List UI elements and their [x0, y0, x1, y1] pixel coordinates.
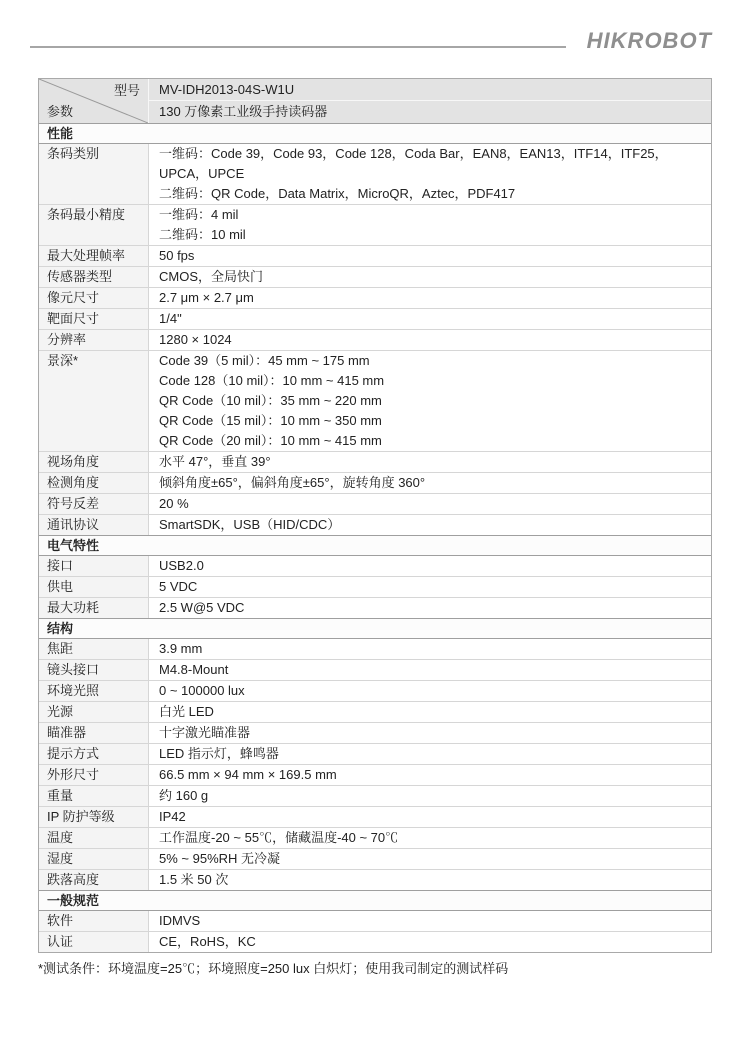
spec-row: 像元尺寸2.7 μm × 2.7 μm	[39, 288, 711, 309]
value-line: IP42	[159, 807, 701, 827]
row-value: 0 ~ 100000 lux	[149, 681, 711, 701]
model-label: 型号	[114, 81, 140, 100]
row-label: 符号反差	[39, 494, 149, 514]
value-line: 5 VDC	[159, 577, 701, 597]
spec-row: 认证CE，RoHS，KC	[39, 932, 711, 952]
spec-row: 条码类别一维码：Code 39，Code 93，Code 128，Coda Ba…	[39, 144, 711, 205]
value-line: 一维码：Code 39，Code 93，Code 128，Coda Bar，EA…	[159, 144, 701, 164]
row-value: USB2.0	[149, 556, 711, 576]
value-line: 1/4"	[159, 309, 701, 329]
description-value: 130 万像素工业级手持读码器	[149, 101, 711, 123]
spec-row: 湿度5% ~ 95%RH 无冷凝	[39, 849, 711, 870]
value-line: M4.8-Mount	[159, 660, 701, 680]
value-line: 二维码：QR Code，Data Matrix，MicroQR，Aztec，PD…	[159, 184, 701, 204]
value-line: IDMVS	[159, 911, 701, 931]
row-value: 倾斜角度±65°，偏斜角度±65°，旋转角度 360°	[149, 473, 711, 493]
spec-row: 条码最小精度一维码：4 mil二维码：10 mil	[39, 205, 711, 246]
row-value: 1.5 米 50 次	[149, 870, 711, 890]
row-value: SmartSDK，USB（HID/CDC）	[149, 515, 711, 535]
row-label: 接口	[39, 556, 149, 576]
row-value: 工作温度-20 ~ 55℃，储藏温度-40 ~ 70℃	[149, 828, 711, 848]
spec-row: 符号反差20 %	[39, 494, 711, 515]
spec-row: 温度工作温度-20 ~ 55℃，储藏温度-40 ~ 70℃	[39, 828, 711, 849]
section-title: 一般规范	[39, 890, 711, 911]
spec-row: 瞄准器十字激光瞄准器	[39, 723, 711, 744]
row-label: 软件	[39, 911, 149, 931]
header-values: MV-IDH2013-04S-W1U 130 万像素工业级手持读码器	[149, 79, 711, 123]
spec-row: 焦距3.9 mm	[39, 639, 711, 660]
row-value: 一维码：Code 39，Code 93，Code 128，Coda Bar，EA…	[149, 144, 711, 204]
value-line: 1280 × 1024	[159, 330, 701, 350]
row-label: 环境光照	[39, 681, 149, 701]
value-line: 5% ~ 95%RH 无冷凝	[159, 849, 701, 869]
spec-row: 供电5 VDC	[39, 577, 711, 598]
row-label: 认证	[39, 932, 149, 952]
value-line: QR Code（10 mil）：35 mm ~ 220 mm	[159, 391, 701, 411]
footnote: *测试条件：环境温度=25℃；环境照度=250 lux 白炽灯；使用我司制定的测…	[38, 960, 712, 978]
row-value: 2.5 W@5 VDC	[149, 598, 711, 618]
row-label: 光源	[39, 702, 149, 722]
row-value: 20 %	[149, 494, 711, 514]
value-line: 水平 47°，垂直 39°	[159, 452, 701, 472]
value-line: 白光 LED	[159, 702, 701, 722]
row-value: IP42	[149, 807, 711, 827]
value-line: 1.5 米 50 次	[159, 870, 701, 890]
row-label: 视场角度	[39, 452, 149, 472]
row-value: Code 39（5 mil）：45 mm ~ 175 mmCode 128（10…	[149, 351, 711, 451]
value-line: 3.9 mm	[159, 639, 701, 659]
datasheet-page: HIKROBOT 型号 参数 MV-IDH2013-04S-W1U 130 万像…	[0, 0, 750, 1055]
row-label: IP 防护等级	[39, 807, 149, 827]
hikrobot-logo: HIKROBOT	[587, 28, 712, 54]
spec-sections: 性能条码类别一维码：Code 39，Code 93，Code 128，Coda …	[39, 123, 711, 952]
row-label: 景深*	[39, 351, 149, 451]
spec-row: 光源白光 LED	[39, 702, 711, 723]
row-value: 一维码：4 mil二维码：10 mil	[149, 205, 711, 245]
value-line: 一维码：4 mil	[159, 205, 701, 225]
row-label: 通讯协议	[39, 515, 149, 535]
row-label: 像元尺寸	[39, 288, 149, 308]
value-line: 50 fps	[159, 246, 701, 266]
row-label: 重量	[39, 786, 149, 806]
spec-row: 外形尺寸66.5 mm × 94 mm × 169.5 mm	[39, 765, 711, 786]
row-value: CMOS，全局快门	[149, 267, 711, 287]
spec-row: 最大处理帧率50 fps	[39, 246, 711, 267]
row-value: 2.7 μm × 2.7 μm	[149, 288, 711, 308]
page-header: HIKROBOT	[0, 0, 750, 78]
row-value: LED 指示灯，蜂鸣器	[149, 744, 711, 764]
row-label: 供电	[39, 577, 149, 597]
spec-row: IP 防护等级IP42	[39, 807, 711, 828]
spec-row: 重量约 160 g	[39, 786, 711, 807]
value-line: CE，RoHS，KC	[159, 932, 701, 952]
row-label: 最大功耗	[39, 598, 149, 618]
row-label: 传感器类型	[39, 267, 149, 287]
value-line: 工作温度-20 ~ 55℃，储藏温度-40 ~ 70℃	[159, 828, 701, 848]
value-line: 二维码：10 mil	[159, 225, 701, 245]
spec-row: 提示方式LED 指示灯，蜂鸣器	[39, 744, 711, 765]
spec-row: 分辨率1280 × 1024	[39, 330, 711, 351]
row-value: 3.9 mm	[149, 639, 711, 659]
row-value: IDMVS	[149, 911, 711, 931]
row-label: 靶面尺寸	[39, 309, 149, 329]
row-label: 检测角度	[39, 473, 149, 493]
value-line: 倾斜角度±65°，偏斜角度±65°，旋转角度 360°	[159, 473, 701, 493]
value-line: 66.5 mm × 94 mm × 169.5 mm	[159, 765, 701, 785]
param-label: 参数	[47, 102, 73, 121]
row-value: 5 VDC	[149, 577, 711, 597]
row-value: 水平 47°，垂直 39°	[149, 452, 711, 472]
row-label: 焦距	[39, 639, 149, 659]
value-line: Code 128（10 mil）：10 mm ~ 415 mm	[159, 371, 701, 391]
row-label: 温度	[39, 828, 149, 848]
row-label: 镜头接口	[39, 660, 149, 680]
value-line: QR Code（15 mil）：10 mm ~ 350 mm	[159, 411, 701, 431]
spec-row: 景深*Code 39（5 mil）：45 mm ~ 175 mmCode 128…	[39, 351, 711, 452]
section-title: 电气特性	[39, 535, 711, 556]
spec-row: 检测角度倾斜角度±65°，偏斜角度±65°，旋转角度 360°	[39, 473, 711, 494]
spec-row: 视场角度水平 47°，垂直 39°	[39, 452, 711, 473]
row-label: 提示方式	[39, 744, 149, 764]
row-value: 白光 LED	[149, 702, 711, 722]
row-value: 约 160 g	[149, 786, 711, 806]
value-line: 20 %	[159, 494, 701, 514]
spec-row: 靶面尺寸1/4"	[39, 309, 711, 330]
value-line: LED 指示灯，蜂鸣器	[159, 744, 701, 764]
row-value: 1/4"	[149, 309, 711, 329]
spec-row: 最大功耗2.5 W@5 VDC	[39, 598, 711, 619]
spec-row: 传感器类型CMOS，全局快门	[39, 267, 711, 288]
spec-row: 通讯协议SmartSDK，USB（HID/CDC）	[39, 515, 711, 536]
row-label: 条码最小精度	[39, 205, 149, 245]
row-value: 5% ~ 95%RH 无冷凝	[149, 849, 711, 869]
row-label: 外形尺寸	[39, 765, 149, 785]
value-line: 十字激光瞄准器	[159, 723, 701, 743]
row-value: 50 fps	[149, 246, 711, 266]
spec-row: 跌落高度1.5 米 50 次	[39, 870, 711, 891]
row-label: 最大处理帧率	[39, 246, 149, 266]
header-rule	[30, 46, 566, 48]
value-line: Code 39（5 mil）：45 mm ~ 175 mm	[159, 351, 701, 371]
value-line: USB2.0	[159, 556, 701, 576]
row-label: 分辨率	[39, 330, 149, 350]
row-value: M4.8-Mount	[149, 660, 711, 680]
section-title: 性能	[39, 123, 711, 144]
row-label: 条码类别	[39, 144, 149, 204]
spec-row: 接口USB2.0	[39, 556, 711, 577]
value-line: SmartSDK，USB（HID/CDC）	[159, 515, 701, 535]
row-label: 湿度	[39, 849, 149, 869]
value-line: CMOS，全局快门	[159, 267, 701, 287]
value-line: 2.7 μm × 2.7 μm	[159, 288, 701, 308]
row-value: 66.5 mm × 94 mm × 169.5 mm	[149, 765, 711, 785]
row-value: 十字激光瞄准器	[149, 723, 711, 743]
table-header: 型号 参数 MV-IDH2013-04S-W1U 130 万像素工业级手持读码器	[39, 79, 711, 124]
value-line: 2.5 W@5 VDC	[159, 598, 701, 618]
model-value: MV-IDH2013-04S-W1U	[149, 79, 711, 101]
row-label: 跌落高度	[39, 870, 149, 890]
value-line: UPCA，UPCE	[159, 164, 701, 184]
spec-table: 型号 参数 MV-IDH2013-04S-W1U 130 万像素工业级手持读码器…	[38, 78, 712, 953]
value-line: 约 160 g	[159, 786, 701, 806]
corner-cell: 型号 参数	[39, 79, 149, 123]
spec-row: 软件IDMVS	[39, 911, 711, 932]
row-value: 1280 × 1024	[149, 330, 711, 350]
row-label: 瞄准器	[39, 723, 149, 743]
value-line: QR Code（20 mil）：10 mm ~ 415 mm	[159, 431, 701, 451]
spec-row: 环境光照0 ~ 100000 lux	[39, 681, 711, 702]
row-value: CE，RoHS，KC	[149, 932, 711, 952]
section-title: 结构	[39, 618, 711, 639]
spec-row: 镜头接口M4.8-Mount	[39, 660, 711, 681]
value-line: 0 ~ 100000 lux	[159, 681, 701, 701]
